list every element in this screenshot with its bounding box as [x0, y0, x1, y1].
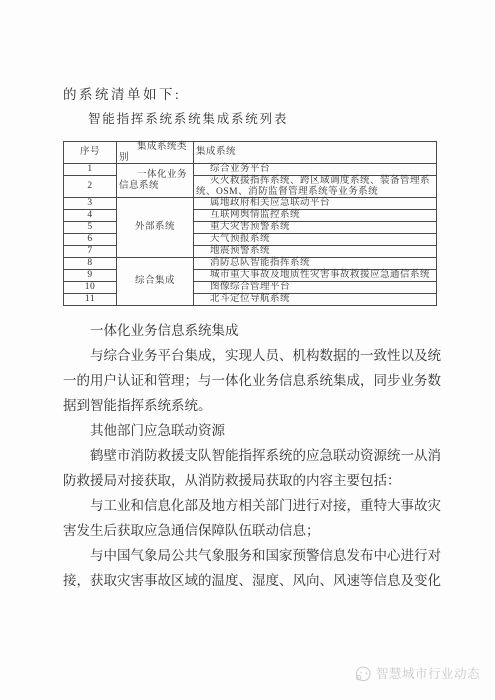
systems-cell: 图像综合管理平台 — [194, 282, 437, 294]
integration-table: 序号 集成系统类别 集成系统 1一体化业务信息系统综合业务平台2灭火救援指挥系统… — [63, 141, 437, 306]
row-number-cell: 6 — [64, 234, 117, 246]
systems-cell: 互联网舆情监控系统 — [194, 210, 437, 222]
row-number-cell: 8 — [64, 258, 117, 270]
row-number-cell: 9 — [64, 270, 117, 282]
paragraph: 与综合业务平台集成，实现人员、机构数据的一致性以及统一的用户认证和管理；与一体化… — [63, 343, 441, 418]
systems-cell: 综合业务平台 — [194, 164, 437, 176]
systems-cell: 地震预警系统 — [194, 246, 437, 258]
watermark: 智慧城市行业动态 — [354, 664, 480, 684]
category-cell: 一体化业务信息系统 — [117, 164, 194, 198]
section-heading: 一体化业务信息系统集成 — [63, 318, 441, 343]
paragraph: 与工业和信息化部及地方相关部门进行对接，重特大事故灾害发生后获取应急通信保障队伍… — [63, 493, 441, 543]
systems-cell: 消防总队智能指挥系统 — [194, 258, 437, 270]
integration-table-body: 序号 集成系统类别 集成系统 1一体化业务信息系统综合业务平台2灭火救援指挥系统… — [64, 142, 437, 306]
section-heading: 其他部门应急联动资源 — [63, 418, 441, 443]
row-number-cell: 10 — [64, 282, 117, 294]
row-number-cell: 7 — [64, 246, 117, 258]
row-number-cell: 1 — [64, 164, 117, 176]
sections: 一体化业务信息系统集成与综合业务平台集成，实现人员、机构数据的一致性以及统一的用… — [63, 318, 441, 593]
table-title: 智能指挥系统系统集成系统列表 — [88, 107, 468, 132]
integration-table-wrapper: 序号 集成系统类别 集成系统 1一体化业务信息系统综合业务平台2灭火救援指挥系统… — [63, 141, 437, 306]
systems-cell: 北斗定位导航系统 — [194, 294, 437, 306]
paragraph: 鹤壁市消防救援支队智能指挥系统的应急联动资源统一从消防救援局对接获取，从消防救援… — [63, 443, 441, 493]
systems-cell: 天气预报系统 — [194, 234, 437, 246]
category-cell: 综合集成 — [117, 258, 194, 306]
systems-cell: 属地政府相关应急联动平台 — [194, 198, 437, 210]
intro-text: 的系统清单如下: — [63, 82, 443, 107]
header-cell-category: 集成系统类别 — [117, 142, 194, 164]
row-number-cell: 2 — [64, 176, 117, 198]
table-row: 8综合集成消防总队智能指挥系统 — [64, 258, 437, 270]
table-row: 1一体化业务信息系统综合业务平台 — [64, 164, 437, 176]
watermark-logo-icon — [354, 665, 372, 683]
systems-cell: 城市重大事故及地质性灾害事故救援应急通信系统 — [194, 270, 437, 282]
paragraph: 与中国气象局公共气象服务和国家预警信息发布中心进行对接，获取灾害事故区域的温度、… — [63, 543, 441, 593]
watermark-text: 智慧城市行业动态 — [376, 664, 480, 684]
row-number-cell: 4 — [64, 210, 117, 222]
document-page: 的系统清单如下: 智能指挥系统系统集成系统列表 序号 集成系统类别 集成系统 1… — [0, 0, 495, 700]
systems-cell: 灭火救援指挥系统、跨区域调度系统、装备管理系统、OSM、消防监督管理系统等业务系… — [194, 176, 437, 198]
header-cell-systems: 集成系统 — [194, 142, 437, 164]
header-cell-no: 序号 — [64, 142, 117, 164]
category-cell: 外部系统 — [117, 198, 194, 258]
systems-cell: 重大灾害预警系统 — [194, 222, 437, 234]
row-number-cell: 11 — [64, 294, 117, 306]
row-number-cell: 5 — [64, 222, 117, 234]
table-row: 3外部系统属地政府相关应急联动平台 — [64, 198, 437, 210]
row-number-cell: 3 — [64, 198, 117, 210]
table-header-row: 序号 集成系统类别 集成系统 — [64, 142, 437, 164]
